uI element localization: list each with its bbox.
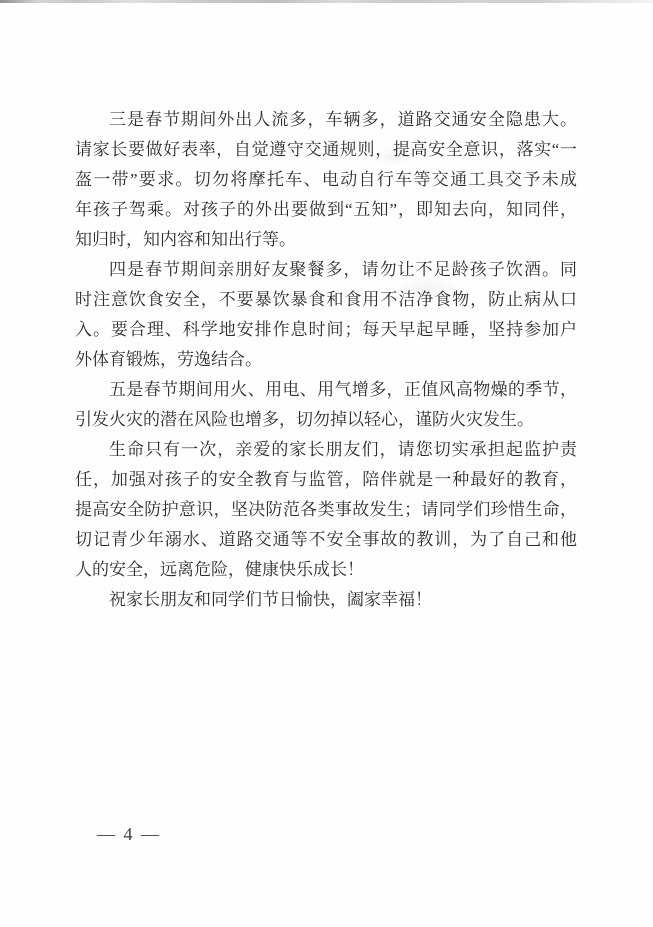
paragraph: 四是春节期间亲朋好友聚餐多，请勿让不足龄孩子饮酒。同时注意饮食安全，不要暴饮暴食… (75, 255, 577, 375)
document-page: 三是春节期间外出人流多，车辆多，道路交通安全隐患大。请家长要做好表率，自觉遵守交… (0, 0, 653, 927)
paragraph: 祝家长朋友和同学们节日愉快，阖家幸福！ (75, 585, 577, 615)
text-line: 外体育锻炼，劳逸结合。 (75, 345, 577, 375)
page-number: — 4 — (97, 823, 161, 845)
text-line: 人的安全，远离危险，健康快乐成长！ (75, 555, 577, 585)
text-line: 四是春节期间亲朋好友聚餐多，请勿让不足龄孩子饮酒。同 (75, 255, 577, 285)
paragraph: 五是春节期间用火、用电、用气增多，正值风高物燥的季节，引发火灾的潜在风险也增多，… (75, 375, 577, 435)
text-line: 三是春节期间外出人流多，车辆多，道路交通安全隐患大。 (75, 105, 577, 135)
text-line: 年孩子驾乘。对孩子的外出要做到“五知”，即知去向，知同伴， (75, 195, 577, 225)
text-line: 切记青少年溺水、道路交通等不安全事故的教训，为了自己和他 (75, 525, 577, 555)
text-line: 提高安全防护意识，坚决防范各类事故发生；请同学们珍惜生命， (75, 495, 577, 525)
text-line: 知归时，知内容和知出行等。 (75, 225, 577, 255)
text-line: 请家长要做好表率，自觉遵守交通规则，提高安全意识，落实“一 (75, 135, 577, 165)
text-line: 任，加强对孩子的安全教育与监管，陪伴就是一种最好的教育， (75, 465, 577, 495)
scan-artifact-top (0, 0, 653, 3)
paragraph: 生命只有一次，亲爱的家长朋友们，请您切实承担起监护责任，加强对孩子的安全教育与监… (75, 435, 577, 585)
text-line: 盔一带”要求。切勿将摩托车、电动自行车等交通工具交予未成 (75, 165, 577, 195)
text-line: 生命只有一次，亲爱的家长朋友们，请您切实承担起监护责 (75, 435, 577, 465)
text-line: 入。要合理、科学地安排作息时间；每天早起早睡，坚持参加户 (75, 315, 577, 345)
text-line: 引发火灾的潜在风险也增多，切勿掉以轻心，谨防火灾发生。 (75, 405, 577, 435)
text-line: 五是春节期间用火、用电、用气增多，正值风高物燥的季节， (75, 375, 577, 405)
text-line: 时注意饮食安全，不要暴饮暴食和食用不洁净食物，防止病从口 (75, 285, 577, 315)
document-body: 三是春节期间外出人流多，车辆多，道路交通安全隐患大。请家长要做好表率，自觉遵守交… (75, 105, 577, 615)
paragraph: 三是春节期间外出人流多，车辆多，道路交通安全隐患大。请家长要做好表率，自觉遵守交… (75, 105, 577, 255)
text-line: 祝家长朋友和同学们节日愉快，阖家幸福！ (75, 585, 577, 615)
